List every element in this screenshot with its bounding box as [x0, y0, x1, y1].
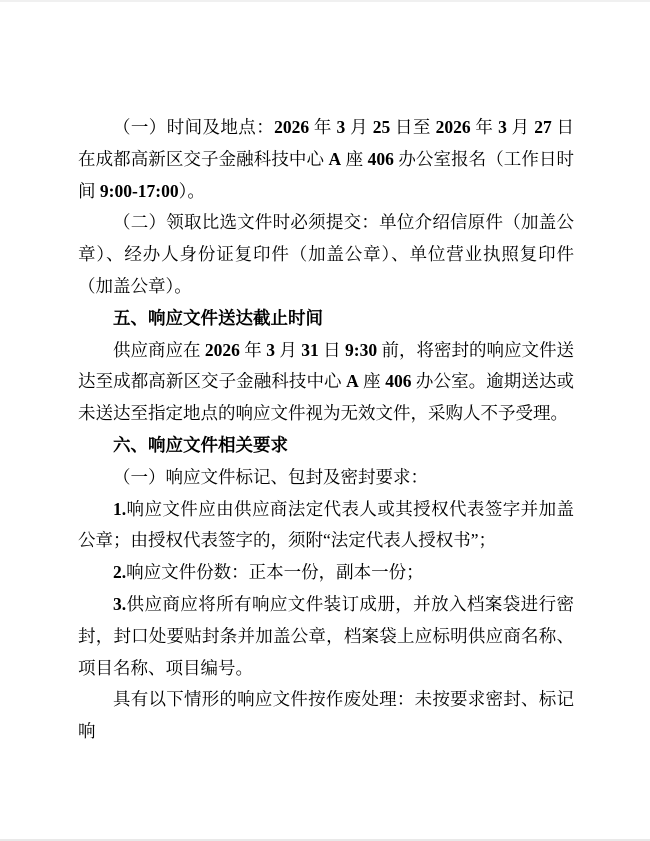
text-run: 响应文件份数：正本一份，副本一份；: [126, 562, 424, 582]
text-run: A: [346, 371, 359, 391]
para-marking-sealing-requirements: （一）响应文件标记、包封及密封要求：: [78, 462, 574, 494]
text-run: 年: [240, 340, 266, 360]
text-run: （一）响应文件标记、包封及密封要求：: [113, 467, 428, 487]
text-run: 3: [337, 117, 346, 137]
text-run: 2026: [274, 117, 309, 137]
text-run: 月: [275, 340, 301, 360]
text-run: 3: [498, 117, 507, 137]
text-run: 1.: [113, 499, 126, 519]
text-run: 供应商应将所有响应文件装订成册，并放入档案袋进行密封，封口处要贴封条并加盖公章，…: [78, 594, 574, 678]
text-run: （一）时间及地点：: [113, 117, 274, 137]
heading-section-5: 五、响应文件送达截止时间: [78, 303, 574, 335]
text-run: 27: [534, 117, 552, 137]
text-run: 日: [319, 340, 345, 360]
text-run: 月: [507, 117, 534, 137]
text-run: 25: [373, 117, 391, 137]
text-run: ）。: [179, 181, 205, 201]
text-run: 月: [345, 117, 372, 137]
text-run: 2.: [113, 562, 126, 582]
page-edge-top: [0, 0, 650, 2]
text-run: 2026: [436, 117, 471, 137]
text-run: （二）领取比选文件时必须提交：单位介绍信原件（加盖公章）、经办人身份证复印件（加…: [78, 212, 574, 296]
para-item-1-signature-seal: 1.响应文件应由供应商法定代表人或其授权代表签字并加盖公章；由授权代表签字的，须…: [78, 494, 574, 558]
text-run: A: [329, 149, 342, 169]
text-run: 年: [309, 117, 336, 137]
text-run: 五、响应文件送达截止时间: [113, 308, 323, 328]
para-document-collection: （二）领取比选文件时必须提交：单位介绍信原件（加盖公章）、经办人身份证复印件（加…: [78, 207, 574, 302]
text-run: 具有以下情形的响应文件按作废处理：未按要求密封、标记响: [78, 689, 574, 741]
document-content: （一）时间及地点：2026 年 3 月 25 日至 2026 年 3 月 27 …: [78, 112, 574, 748]
text-run: 406: [385, 371, 411, 391]
text-run: 31: [301, 340, 319, 360]
para-item-2-copies: 2.响应文件份数：正本一份，副本一份；: [78, 557, 574, 589]
text-run: 3.: [113, 594, 126, 614]
text-run: 供应商应在: [113, 340, 205, 360]
para-invalid-conditions: 具有以下情形的响应文件按作废处理：未按要求密封、标记响: [78, 684, 574, 748]
text-run: 响应文件应由供应商法定代表人或其授权代表签字并加盖公章；由授权代表签字的，须附“…: [78, 499, 574, 551]
text-run: 9:30: [345, 340, 377, 360]
text-run: 2026: [205, 340, 240, 360]
text-run: 3: [266, 340, 275, 360]
text-run: 日至: [390, 117, 435, 137]
text-run: 座: [359, 371, 385, 391]
heading-section-6: 六、响应文件相关要求: [78, 430, 574, 462]
text-run: 座: [341, 149, 367, 169]
text-run: 9:00-17:00: [100, 181, 179, 201]
text-run: 六、响应文件相关要求: [113, 435, 288, 455]
para-registration-time-place: （一）时间及地点：2026 年 3 月 25 日至 2026 年 3 月 27 …: [78, 112, 574, 207]
text-run: 406: [368, 149, 394, 169]
document-page: （一）时间及地点：2026 年 3 月 25 日至 2026 年 3 月 27 …: [0, 0, 650, 841]
para-item-3-binding-sealing: 3.供应商应将所有响应文件装订成册，并放入档案袋进行密封，封口处要贴封条并加盖公…: [78, 589, 574, 684]
para-submission-deadline: 供应商应在 2026 年 3 月 31 日 9:30 前，将密封的响应文件送达至…: [78, 335, 574, 430]
text-run: 年: [471, 117, 498, 137]
